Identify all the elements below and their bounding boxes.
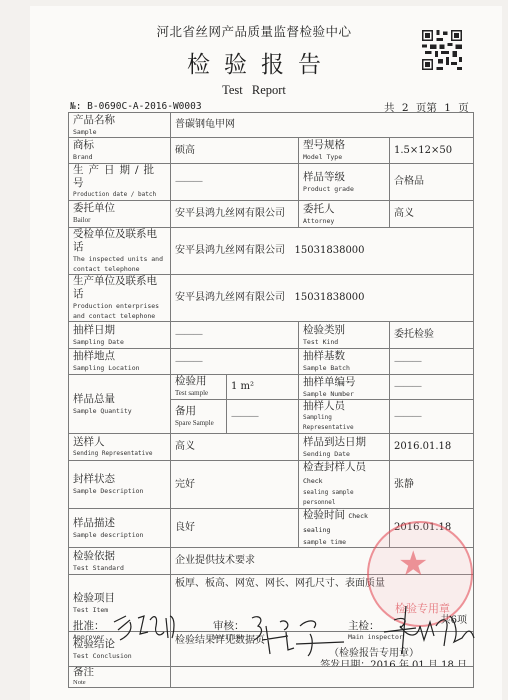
inspected-unit-value: 安平县鸿九丝网有限公司 15031838000 (171, 228, 474, 275)
row-bailor: 委托单位Bailor 安平县鸿九丝网有限公司 委托人Attorney 高义 (69, 201, 474, 228)
main-inspector-signature (370, 596, 478, 656)
row-production-date: 生产日期/批号Production date / batch ——— 样品等级P… (69, 164, 474, 201)
verifier-label: 审核： Verifier (213, 618, 245, 641)
qr-code-icon (422, 30, 462, 70)
production-unit-value: 安平县鸿九丝网有限公司 15031838000 (171, 275, 474, 322)
sending-date-value: 2016.01.18 (390, 434, 474, 461)
row-seal-state: 封样状态Sample Description 完好 检查封样人员 Checkse… (69, 461, 474, 509)
row-sample: 产品名称Sample 普碳钢龟甲网 (69, 113, 474, 138)
test-item-value: 板厚、板高、网宽、网长、网孔尺寸、表面质量 (175, 578, 385, 590)
report-number: №: B-0690C-A-2016-W0003 (70, 101, 202, 112)
sample-number-value: ——— (390, 375, 474, 400)
spare-sample-value: ——— (227, 400, 299, 434)
row-sampling-date: 抽样日期Sampling Date ——— 检验类别Test Kind 委托检验 (69, 322, 474, 349)
sample-desc-value: 良好 (171, 509, 299, 548)
row-sending-rep: 送样人Sending Representative 高义 样品到达日期Sendi… (69, 434, 474, 461)
seal-state-value: 完好 (171, 461, 299, 509)
row-note: 备注Note (69, 667, 474, 688)
seal-personnel-value: 张静 (390, 461, 474, 509)
attorney-value: 高义 (390, 201, 474, 228)
bailor-value: 安平县鸿九丝网有限公司 (171, 201, 299, 228)
sample-value: 普碳钢龟甲网 (171, 113, 474, 138)
sampling-location-value: ——— (171, 349, 299, 375)
production-date-value: ——— (171, 164, 299, 201)
conclusion-issue-date: 签发日期：2016 年 01 月 18 日 (320, 660, 467, 667)
model-value: 1.5×12×50 (390, 138, 474, 164)
verifier-signature (248, 612, 348, 660)
approver-label: 批准： Approver (73, 618, 105, 641)
grade-value: 合格品 (390, 164, 474, 201)
stamp-star-icon: ★ (398, 544, 428, 584)
test-kind-value: 委托检验 (390, 322, 474, 349)
test-sample-value: 1 m² (227, 375, 299, 400)
row-production-unit: 生产单位及联系电话Production enterprisesand conta… (69, 275, 474, 322)
sampling-date-value: ——— (171, 322, 299, 349)
sampling-rep-value: ——— (390, 400, 474, 434)
approver-signature (110, 612, 180, 644)
note-value (171, 667, 474, 688)
sending-rep-value: 高义 (171, 434, 299, 461)
brand-value: 硕高 (171, 138, 299, 164)
row-sample-quantity-test: 样品总量Sample Quantity 检验用Test sample 1 m² … (69, 375, 474, 400)
row-inspected-unit: 受检单位及联系电话The inspected units andcontact … (69, 228, 474, 275)
report-title-en: Test Report (0, 83, 508, 98)
sample-batch-value: ——— (390, 349, 474, 375)
inspected-unit-phone: 15031838000 (295, 245, 365, 256)
row-sampling-location: 抽样地点Sampling Location ——— 抽样基数Sample Bat… (69, 349, 474, 375)
production-unit-phone: 15031838000 (295, 292, 365, 303)
row-brand: 商标Brand 硕高 型号规格Model Type 1.5×12×50 (69, 138, 474, 164)
